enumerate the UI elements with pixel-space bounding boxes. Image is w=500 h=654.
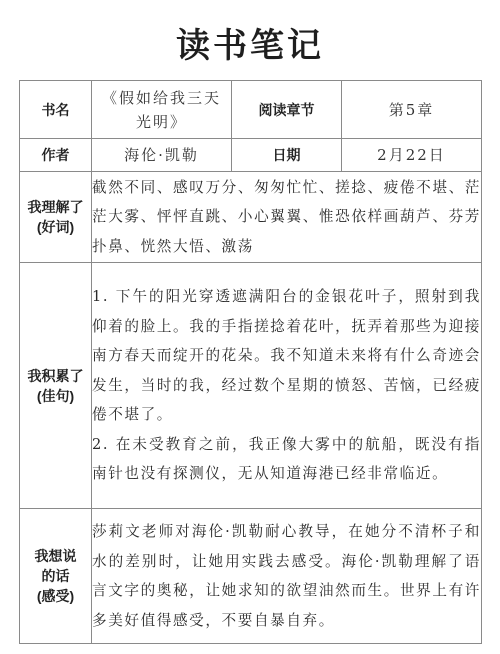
sentence-item-1: 1. 下午的阳光穿透遮满阳台的金银花叶子，照射到我仰着的脸上。我的手指搓捻着花叶… [92, 282, 481, 430]
row-book-chapter: 书名 《假如给我三天 光明》 阅读章节 第5章 [20, 81, 482, 139]
feelings-text: 莎莉文老师对海伦·凯勒耐心教导，在她分不清杯子和水的差别时，让她用实践去感受。海… [92, 517, 481, 635]
date-label: 日期 [232, 139, 342, 172]
page-title: 读书笔记 [0, 26, 500, 66]
row-author-date: 作者 海伦·凯勒 日期 2月22日 [20, 139, 482, 172]
good-sentences-content: 1. 下午的阳光穿透遮满阳台的金银花叶子，照射到我仰着的脸上。我的手指搓捻着花叶… [92, 263, 482, 509]
chapter-value: 第5章 [342, 81, 482, 139]
feelings-label: 我想说 的话 (感受) [20, 509, 92, 644]
row-good-words: 我理解了 (好词) 截然不同、感叹万分、匆匆忙忙、搓捻、疲倦不堪、茫茫大雾、怦怦… [20, 172, 482, 263]
good-sentences-label: 我积累了 (佳句) [20, 263, 92, 509]
feelings-label-line2: 的话 [20, 566, 91, 586]
feelings-content: 莎莉文老师对海伦·凯勒耐心教导，在她分不清杯子和水的差别时，让她用实践去感受。海… [92, 509, 482, 644]
book-value: 《假如给我三天 光明》 [92, 81, 232, 139]
good-words-label-line1: 我理解了 [20, 197, 91, 217]
good-words-content: 截然不同、感叹万分、匆匆忙忙、搓捻、疲倦不堪、茫茫大雾、怦怦直跳、小心翼翼、惟恐… [92, 172, 482, 263]
book-label: 书名 [20, 81, 92, 139]
book-value-line2: 光明》 [92, 110, 231, 134]
chapter-label: 阅读章节 [232, 81, 342, 139]
feelings-label-line1: 我想说 [20, 546, 91, 566]
author-value: 海伦·凯勒 [92, 139, 232, 172]
good-words-text: 截然不同、感叹万分、匆匆忙忙、搓捻、疲倦不堪、茫茫大雾、怦怦直跳、小心翼翼、惟恐… [92, 173, 481, 262]
reading-notes-table: 书名 《假如给我三天 光明》 阅读章节 第5章 作者 海伦·凯勒 日期 2月22… [19, 80, 482, 644]
good-sentences-label-line1: 我积累了 [20, 366, 91, 386]
row-good-sentences: 我积累了 (佳句) 1. 下午的阳光穿透遮满阳台的金银花叶子，照射到我仰着的脸上… [20, 263, 482, 509]
date-value: 2月22日 [342, 139, 482, 172]
good-words-label-line2: (好词) [20, 217, 91, 237]
book-value-line1: 《假如给我三天 [92, 86, 231, 110]
author-label: 作者 [20, 139, 92, 172]
good-words-label: 我理解了 (好词) [20, 172, 92, 263]
sentence-item-2: 2. 在未受教育之前，我正像大雾中的航船，既没有指南针也没有探测仪，无从知道海港… [92, 430, 481, 489]
feelings-label-line3: (感受) [20, 586, 91, 606]
row-feelings: 我想说 的话 (感受) 莎莉文老师对海伦·凯勒耐心教导，在她分不清杯子和水的差别… [20, 509, 482, 644]
good-sentences-label-line2: (佳句) [20, 386, 91, 406]
